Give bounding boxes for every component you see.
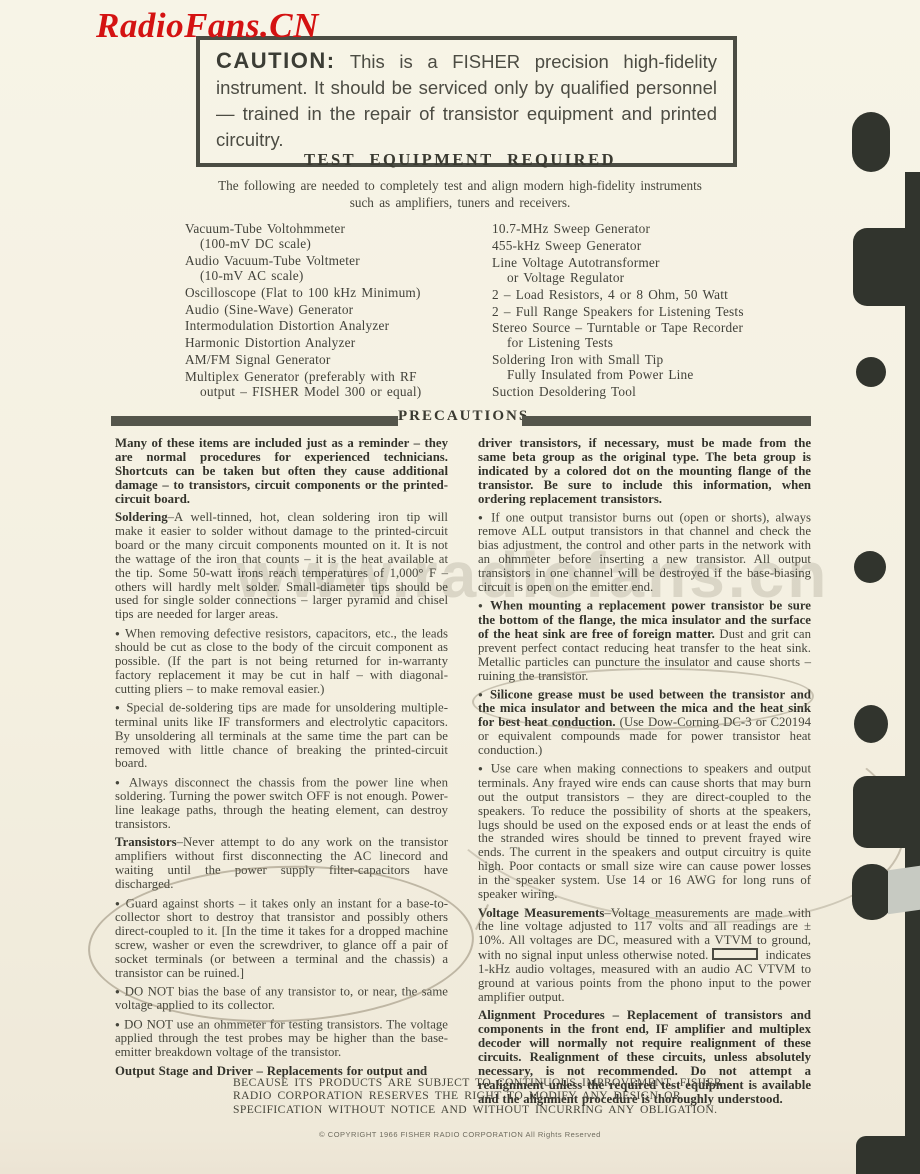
precaution-paragraph: ● Use care when making connections to sp… xyxy=(478,762,811,902)
punch-hole xyxy=(852,112,890,172)
equipment-item: Harmonic Distortion Analyzer xyxy=(185,336,490,351)
precautions-column-right: driver transistors, if necessary, must b… xyxy=(478,437,811,1111)
scan-light-mark xyxy=(888,866,920,914)
bullet-dot: ● xyxy=(478,690,484,699)
punch-hole xyxy=(852,864,892,920)
precaution-paragraph: ● Guard against shorts – it takes only a… xyxy=(115,897,448,981)
punch-hole xyxy=(856,357,886,387)
equipment-item: 455-kHz Sweep Generator xyxy=(492,239,814,254)
caution-label: CAUTION: xyxy=(216,48,336,73)
precaution-paragraph: ● When mounting a replacement power tran… xyxy=(478,599,811,683)
equipment-item: Line Voltage Autotransformeror Voltage R… xyxy=(492,256,814,286)
equipment-item: 2 – Full Range Speakers for Listening Te… xyxy=(492,305,814,320)
equipment-item: Vacuum-Tube Voltohmmeter(100-mV DC scale… xyxy=(185,222,490,252)
binder-tab xyxy=(853,228,920,306)
precautions-column-left: Many of these items are included just as… xyxy=(115,437,448,1083)
voltage-box-symbol xyxy=(712,948,758,960)
bullet-dot: ● xyxy=(115,1020,120,1029)
caution-paragraph: CAUTION: This is a FISHER precision high… xyxy=(216,48,717,153)
equipment-item: Audio (Sine-Wave) Generator xyxy=(185,303,490,318)
precaution-paragraph: Many of these items are included just as… xyxy=(115,437,448,507)
radiofans-watermark: RadioFans.CN xyxy=(96,6,319,46)
precaution-paragraph: ● Always disconnect the chassis from the… xyxy=(115,776,448,832)
equipment-item: Stereo Source – Turntable or Tape Record… xyxy=(492,321,814,351)
equipment-item: Oscilloscope (Flat to 100 kHz Minimum) xyxy=(185,286,490,301)
caution-box: CAUTION: This is a FISHER precision high… xyxy=(196,36,737,167)
punch-hole xyxy=(854,705,888,743)
precaution-paragraph: ● Silicone grease must be used between t… xyxy=(478,688,811,758)
bullet-dot: ● xyxy=(115,703,121,712)
punch-hole xyxy=(854,551,886,583)
bullet-dot: ● xyxy=(478,513,485,522)
equipment-item: Audio Vacuum-Tube Voltmeter(10-mV AC sca… xyxy=(185,254,490,284)
test-equipment-intro: The following are needed to completely t… xyxy=(110,177,810,211)
bullet-dot: ● xyxy=(115,629,121,638)
intro-line-2: such as amplifiers, tuners and receivers… xyxy=(350,195,571,210)
bullet-dot: ● xyxy=(115,987,120,996)
scan-corner-mark xyxy=(856,1136,920,1174)
precaution-paragraph: Soldering–A well-tinned, hot, clean sold… xyxy=(115,511,448,622)
precaution-paragraph: ● Special de-soldering tips are made for… xyxy=(115,701,448,771)
equipment-list-left: Vacuum-Tube Voltohmmeter(100-mV DC scale… xyxy=(185,222,490,402)
binder-tab xyxy=(853,776,920,848)
precaution-paragraph: ● DO NOT bias the base of any transistor… xyxy=(115,985,448,1013)
equipment-item: Suction Desoldering Tool xyxy=(492,385,814,400)
precaution-paragraph: ● When removing defective resistors, cap… xyxy=(115,627,448,697)
equipment-item: Intermodulation Distortion Analyzer xyxy=(185,319,490,334)
copyright-line: © COPYRIGHT 1966 FISHER RADIO CORPORATIO… xyxy=(0,1130,920,1139)
test-equipment-title: TEST EQUIPMENT REQUIRED xyxy=(110,150,810,170)
precaution-paragraph: ● If one output transistor burns out (op… xyxy=(478,511,811,595)
precautions-title: PRECAUTIONS xyxy=(398,408,522,425)
equipment-item: 10.7-MHz Sweep Generator xyxy=(492,222,814,237)
bullet-dot: ● xyxy=(478,601,485,610)
bullet-dot: ● xyxy=(478,764,485,773)
equipment-item: 2 – Load Resistors, 4 or 8 Ohm, 50 Watt xyxy=(492,288,814,303)
scanned-service-manual-page: www.radiofans.cn RadioFans.CN CAUTION: T… xyxy=(0,0,920,1174)
header-bar-left xyxy=(111,416,398,426)
precaution-paragraph: Transistors–Never attempt to do any work… xyxy=(115,836,448,892)
equipment-list-right: 10.7-MHz Sweep Generator455-kHz Sweep Ge… xyxy=(492,222,814,402)
equipment-item: Multiplex Generator (preferably with RFo… xyxy=(185,370,490,400)
equipment-item: Soldering Iron with Small TipFully Insul… xyxy=(492,353,814,383)
header-bar-right xyxy=(522,416,811,426)
precaution-paragraph: ● DO NOT use an ohmmeter for testing tra… xyxy=(115,1018,448,1060)
footer-notice: BECAUSE ITS PRODUCTS ARE SUBJECT TO CONT… xyxy=(233,1076,725,1116)
intro-line-1: The following are needed to completely t… xyxy=(218,178,702,193)
equipment-item: AM/FM Signal Generator xyxy=(185,353,490,368)
bullet-dot: ● xyxy=(115,778,123,787)
precaution-paragraph: Voltage Measurements–Voltage measurement… xyxy=(478,907,811,1005)
precaution-paragraph: driver transistors, if necessary, must b… xyxy=(478,437,811,507)
scan-edge-strip xyxy=(905,172,920,1174)
bullet-dot: ● xyxy=(115,899,121,908)
